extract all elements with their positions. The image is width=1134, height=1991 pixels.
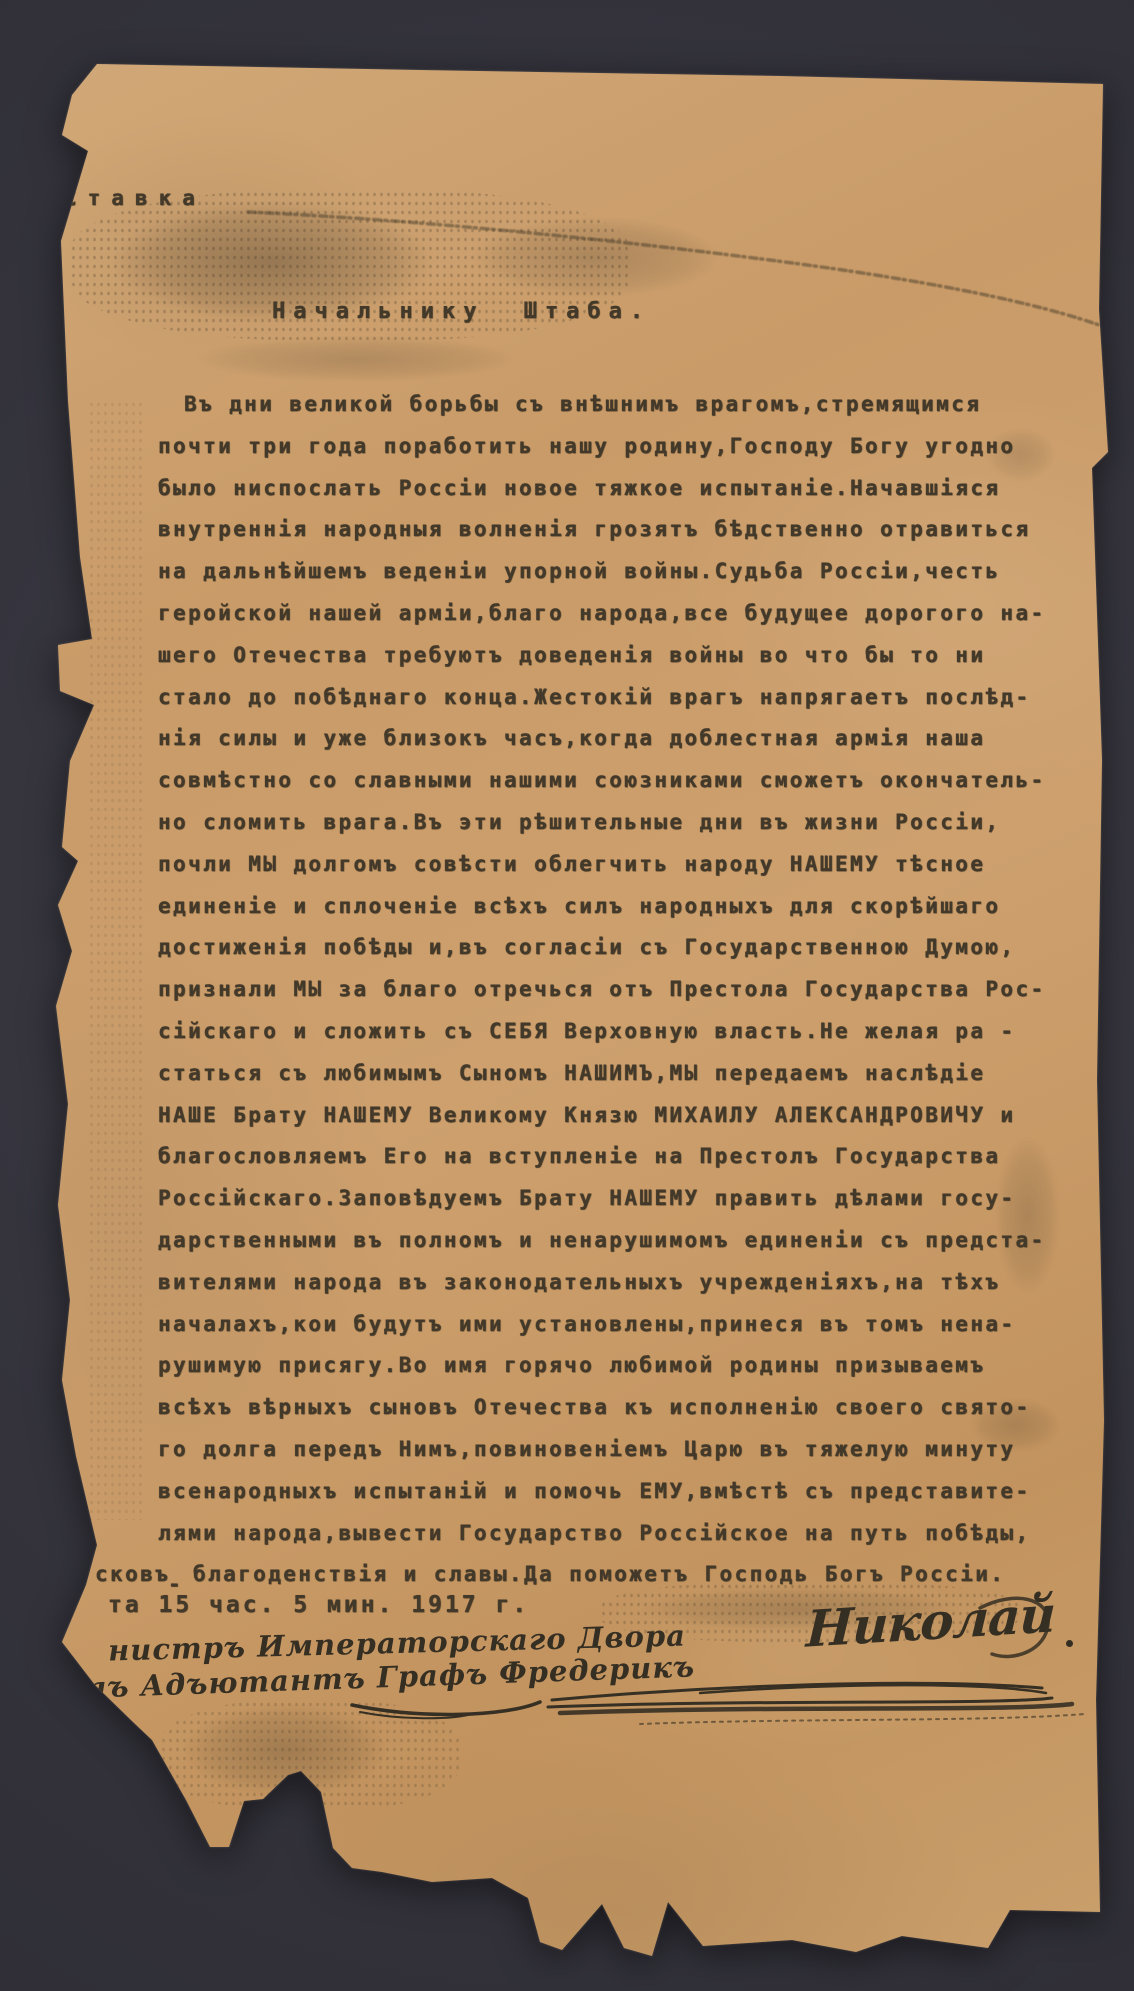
photograph-of-abdication-manifesto: Ставка Начальнику Штаба. Въ дни великой …	[0, 0, 1134, 1991]
body-line: было ниспослать Россіи новое тяжкое испы…	[158, 468, 1046, 510]
body-line: го долга передъ Нимъ,повиновеніемъ Царю …	[158, 1429, 1046, 1471]
body-line: почти три года поработить нашу родину,Го…	[158, 426, 1046, 468]
body-line: стало до побѣднаго конца.Жестокій врагъ …	[158, 677, 1046, 719]
flourish-line-3	[548, 1698, 1052, 1707]
body-line: на дальнѣйшемъ веденіи упорной войны.Суд…	[158, 551, 1046, 593]
paper-sheet-wrap: Ставка Начальнику Штаба. Въ дни великой …	[0, 0, 1134, 1991]
ink-smudge-below-title	[140, 330, 570, 388]
body-line: нія силы и уже близокъ часъ,когда доблес…	[158, 718, 1046, 760]
body-line: достиженія побѣды и,въ согласіи съ Госуд…	[158, 927, 1046, 969]
body-line: статься съ любимымъ Сыномъ НАШИМЪ,МЫ пер…	[158, 1053, 1046, 1095]
body-line: всѣхъ вѣрныхъ сыновъ Отечества къ исполн…	[158, 1387, 1046, 1429]
body-line: лями народа,вывести Государство Россійск…	[158, 1513, 1046, 1555]
body-line: шего Отечества требуютъ доведенія войны …	[158, 635, 1046, 677]
body-line: внутреннія народныя волненія грозятъ бѣд…	[158, 509, 1046, 551]
ink-grain-bottom-left	[160, 1700, 460, 1810]
body-line: совмѣстно со славными нашими союзниками …	[158, 760, 1046, 802]
ink-smudge-top-mid	[430, 205, 760, 310]
manifesto-body: Въ дни великой борьбы съ внѣшнимъ врагом…	[158, 384, 1046, 1596]
body-line: геройской нашей арміи,благо народа,все б…	[158, 593, 1046, 635]
body-line: дарственными въ полномъ и ненарушимомъ е…	[158, 1220, 1046, 1262]
body-line: всенародныхъ испытаній и помочь ЕМУ,вмѣс…	[158, 1471, 1046, 1513]
body-line: благоденствія и славы.Да поможетъ Господ…	[158, 1554, 1046, 1596]
document-title: Начальнику Штаба.	[272, 299, 651, 324]
body-line: почли МЫ долгомъ совѣсти облегчить народ…	[158, 844, 1046, 886]
body-line: единеніе и сплоченіе всѣхъ силъ народных…	[158, 886, 1046, 928]
stavka-stamp: Ставка	[64, 186, 206, 210]
signature-period-dot	[1066, 1640, 1073, 1647]
body-line: Россійскаго.Заповѣдуемъ Брату НАШЕМУ пра…	[158, 1178, 1046, 1220]
body-line: рушимую присягу.Во имя горячо любимой ро…	[158, 1345, 1046, 1387]
flourish-line-4	[560, 1704, 1072, 1713]
body-line: НАШЕ Брату НАШЕМУ Великому Князю МИХАИЛУ…	[158, 1095, 1046, 1137]
body-line: признали МЫ за благо отречься отъ Престо…	[158, 969, 1046, 1011]
body-line: но сломить врага.Въ эти рѣшительные дни …	[158, 802, 1046, 844]
body-line: сійскаго и сложить съ СЕБЯ Верховную вла…	[158, 1011, 1046, 1053]
dateline-fragment: та 15 час. 5 мин. 1917 г.	[108, 1592, 529, 1618]
body-line: Въ дни великой борьбы съ внѣшнимъ врагом…	[158, 384, 1046, 426]
body-line: благословляемъ Его на вступленіе на Прес…	[158, 1136, 1046, 1178]
ink-speckle-left-margin	[88, 400, 146, 1520]
torn-margin-fragment-pskov: сковъ	[95, 1562, 170, 1586]
flourish-line-2	[700, 1685, 1046, 1693]
body-line: вителями народа въ законодательныхъ учре…	[158, 1262, 1046, 1304]
flourish-line-1	[552, 1683, 1042, 1700]
torn-paper-sheet: Ставка Начальнику Штаба. Въ дни великой …	[0, 0, 1134, 1991]
flourish-speckle	[640, 1714, 1085, 1724]
body-line: началахъ,кои будутъ ими установлены,прин…	[158, 1304, 1046, 1346]
